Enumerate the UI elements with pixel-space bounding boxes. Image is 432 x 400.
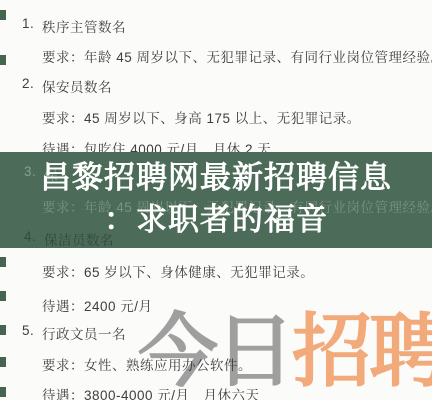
banner-headline-line2: ：求职者的福音 <box>0 199 432 241</box>
job-4-requirement: 要求：65 岁以下、身体健康、无犯罪记录。 <box>42 261 314 281</box>
job-5-requirement: 要求：女性、熟练应用办公软件。 <box>42 354 252 374</box>
headline-banner: 3. 保 要求：年龄 45 周岁以下、无犯罪记录、有同行业岗位管理经验。 4. … <box>0 152 432 248</box>
left-edge-mark <box>0 387 6 397</box>
recruitment-notice-photo: 今日招聘 1. 秩序主管数名 要求：年龄 45 周岁以下、无犯罪记录、有同行业岗… <box>0 0 432 400</box>
job-2-title-line: 2. 保安员数名 <box>22 76 112 96</box>
left-edge-mark <box>0 10 6 20</box>
left-edge-mark <box>0 325 6 335</box>
job-2-number: 2. <box>22 76 42 96</box>
job-5-title-line: 5. 行政文员一名 <box>22 323 126 343</box>
job-2-requirement: 要求：45 周岁以下、身高 175 以上、无犯罪记录。 <box>42 107 361 127</box>
job-5-number: 5. <box>22 323 42 343</box>
watermark-orange-text: 招聘 <box>292 307 432 396</box>
banner-headline-line1: 昌黎招聘网最新招聘信息 <box>0 157 432 199</box>
job-5-pay: 待遇：3800-4000 元/月 月休六天 <box>42 384 260 400</box>
job-1-title-line: 1. 秩序主管数名 <box>22 16 126 36</box>
job-2-title: 保安员数名 <box>42 76 112 96</box>
left-edge-mark <box>0 291 6 301</box>
watermark-gray-text: 今日 <box>138 307 292 396</box>
left-edge-mark <box>0 257 6 267</box>
job-1-requirement: 要求：年龄 45 周岁以下、无犯罪记录、有同行业岗位管理经验。 <box>42 46 432 66</box>
job-1-title: 秩序主管数名 <box>42 16 126 36</box>
job-5-title: 行政文员一名 <box>42 323 126 343</box>
job-4-pay: 待遇：2400 元/月 <box>42 295 153 315</box>
left-edge-mark <box>0 55 6 65</box>
job-1-number: 1. <box>22 16 42 36</box>
left-edge-mark <box>0 357 6 367</box>
banner-headline: 昌黎招聘网最新招聘信息 ：求职者的福音 <box>0 157 432 241</box>
today-recruit-watermark: 今日招聘 <box>138 312 432 392</box>
